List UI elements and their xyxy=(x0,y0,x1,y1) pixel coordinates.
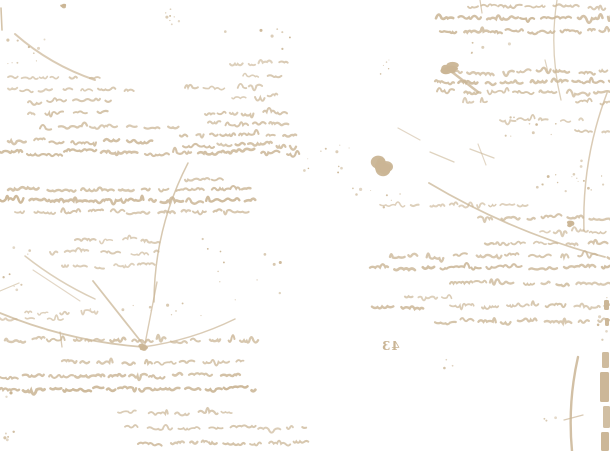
script-rows-layer xyxy=(0,4,610,445)
scratches-layer xyxy=(0,0,607,451)
manuscript-grunge-texture: 43 xyxy=(0,0,610,451)
page-number-mark: 43 xyxy=(381,340,400,352)
texture-canvas xyxy=(0,0,610,451)
edge-stain-layer xyxy=(600,300,610,451)
ink-blobs-layer xyxy=(60,4,574,351)
